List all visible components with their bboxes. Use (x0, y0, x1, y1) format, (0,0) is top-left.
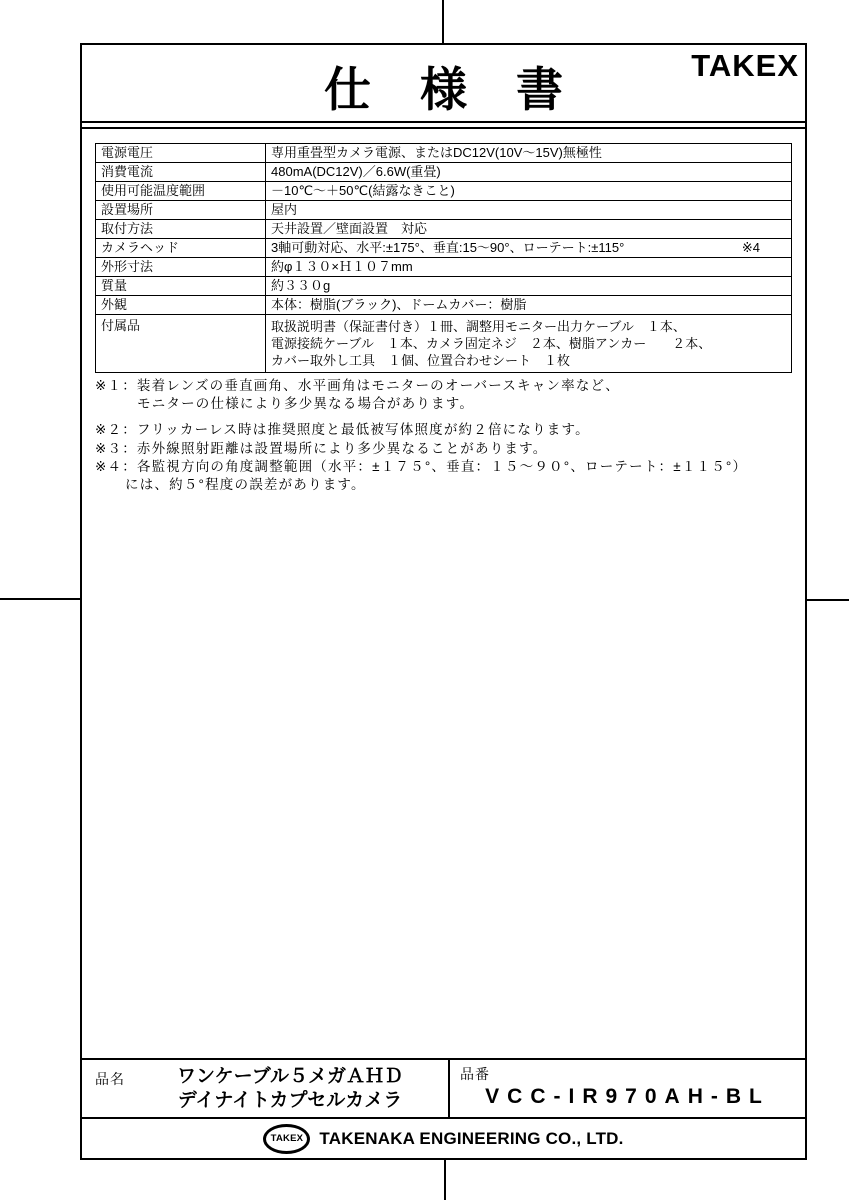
table-row: 消費電流 480mA(DC12V)／6.6W(重畳) (96, 163, 792, 182)
spec-label: カメラヘッド (96, 239, 266, 258)
table-row: 設置場所 屋内 (96, 201, 792, 220)
crop-mark-left (0, 598, 80, 600)
table-row: 付属品 取扱説明書（保証書付き）１冊、調整用モニター出力ケーブル １本、 電源接… (96, 315, 792, 373)
spec-value: 専用重畳型カメラ電源、またはDC12V(10V～15V)無極性 (266, 144, 792, 163)
product-name-label: 品名 (95, 1069, 125, 1089)
crop-mark-bottom (444, 1160, 446, 1200)
footnote-2: ※２：フリッカーレス時は推奨照度と最低被写体照度が約２倍になります。 (95, 421, 800, 439)
spec-label: 質量 (96, 277, 266, 296)
brand-logo-text: TAKEX (691, 48, 799, 84)
spec-value: －10℃～＋50℃(結露なきこと) (266, 182, 792, 201)
company-name: TAKENAKA ENGINEERING CO., LTD. (319, 1129, 623, 1149)
product-name: ワンケーブル５メガＡＨＤ デイナイトカプセルカメラ (142, 1065, 438, 1113)
crop-mark-top (442, 0, 444, 43)
spec-value: 約φ１３０×Ｈ１０７mm (266, 258, 792, 277)
spec-value: 3軸可動対応、水平:±175°、垂直:15～90°、ローテート:±115° ※4 (266, 239, 792, 258)
table-row: 電源電圧 専用重畳型カメラ電源、またはDC12V(10V～15V)無極性 (96, 144, 792, 163)
product-number-label: 品番 (460, 1064, 490, 1084)
footnote-1: ※１：装着レンズの垂直画角、水平画角はモニターのオーバースキャン率など、 モニタ… (95, 377, 800, 412)
spec-value: 取扱説明書（保証書付き）１冊、調整用モニター出力ケーブル １本、 電源接続ケーブ… (266, 315, 792, 373)
spec-label: 付属品 (96, 315, 266, 373)
spec-sheet-page: 仕 様 書 TAKEX 電源電圧 専用重畳型カメラ電源、またはDC12V(10V… (0, 0, 849, 1200)
spec-value: 本体：樹脂(ブラック)、ドームカバー：樹脂 (266, 296, 792, 315)
title-band: 仕 様 書 TAKEX (82, 45, 805, 123)
spec-label: 外観 (96, 296, 266, 315)
spec-value: 約３３０g (266, 277, 792, 296)
spec-value: 480mA(DC12V)／6.6W(重畳) (266, 163, 792, 182)
table-row: 外形寸法 約φ１３０×Ｈ１０７mm (96, 258, 792, 277)
footer-band: TAKEX TAKENAKA ENGINEERING CO., LTD. (82, 1117, 805, 1158)
spec-value: 屋内 (266, 201, 792, 220)
product-band: 品名 ワンケーブル５メガＡＨＤ デイナイトカプセルカメラ 品番 VCC-IR97… (82, 1058, 805, 1117)
document-frame: 仕 様 書 TAKEX 電源電圧 専用重畳型カメラ電源、またはDC12V(10V… (80, 43, 807, 1160)
title-separator-line (82, 127, 805, 129)
footnote-3: ※３：赤外線照射距離は設置場所により多少異なることがあります。 (95, 440, 800, 458)
spec-label: 取付方法 (96, 220, 266, 239)
footnote-4: ※４：各監視方向の角度調整範囲（水平：±１７５°、垂直：１５～９０°、ローテート… (95, 458, 800, 493)
spec-value: 天井設置／壁面設置 対応 (266, 220, 792, 239)
footnotes: ※１：装着レンズの垂直画角、水平画角はモニターのオーバースキャン率など、 モニタ… (95, 377, 800, 494)
note-reference: ※4 (742, 240, 786, 256)
spec-label: 消費電流 (96, 163, 266, 182)
spec-table: 電源電圧 専用重畳型カメラ電源、またはDC12V(10V～15V)無極性 消費電… (95, 143, 792, 373)
spec-label: 外形寸法 (96, 258, 266, 277)
spec-label: 設置場所 (96, 201, 266, 220)
spec-label: 使用可能温度範囲 (96, 182, 266, 201)
spec-value-text: 3軸可動対応、水平:±175°、垂直:15～90°、ローテート:±115° (271, 240, 624, 256)
takex-oval-logo-icon: TAKEX (263, 1124, 310, 1154)
table-row: 質量 約３３０g (96, 277, 792, 296)
table-row: 外観 本体：樹脂(ブラック)、ドームカバー：樹脂 (96, 296, 792, 315)
takex-logo-text: TAKEX (271, 1133, 304, 1144)
product-number: VCC-IR970AH-BL (450, 1085, 805, 1109)
table-row: 使用可能温度範囲 －10℃～＋50℃(結露なきこと) (96, 182, 792, 201)
spec-label: 電源電圧 (96, 144, 266, 163)
crop-mark-right (807, 599, 849, 601)
table-row: カメラヘッド 3軸可動対応、水平:±175°、垂直:15～90°、ローテート:±… (96, 239, 792, 258)
table-row: 取付方法 天井設置／壁面設置 対応 (96, 220, 792, 239)
